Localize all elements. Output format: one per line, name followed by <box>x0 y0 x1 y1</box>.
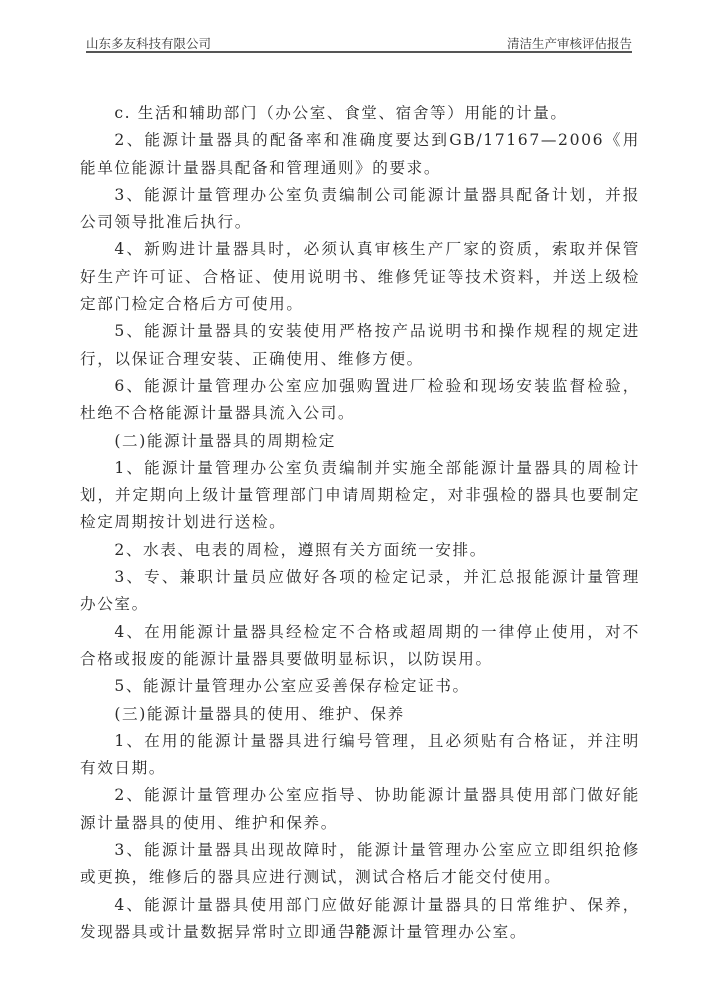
section-heading-periodic-verification: (二)能源计量器具的周期检定 <box>80 428 640 455</box>
paragraph-requirement-6: 6、能源计量管理办公室应加强购置进厂检验和现场安装监督检验，杜绝不合格能源计量器… <box>80 373 640 428</box>
paragraph-verification-1: 1、能源计量管理办公室负责编制并实施全部能源计量器具的周检计划，并定期向上级计量… <box>80 455 640 537</box>
paragraph-maintenance-2: 2、能源计量管理办公室应指导、协助能源计量器具使用部门做好能源计量器具的使用、维… <box>80 782 640 837</box>
paragraph-item-c: c. 生活和辅助部门（办公室、食堂、宿舍等）用能的计量。 <box>80 100 640 127</box>
section-heading-use-maintenance: (三)能源计量器具的使用、维护、保养 <box>80 701 640 728</box>
page-header: 山东多友科技有限公司 清洁生产审核评估报告 <box>86 32 632 53</box>
header-company-name: 山东多友科技有限公司 <box>86 34 211 52</box>
paragraph-requirement-5: 5、能源计量器具的安装使用严格按产品说明书和操作规程的规定进行，以保证合理安装、… <box>80 318 640 373</box>
paragraph-verification-4: 4、在用能源计量器具经检定不合格或超周期的一律停止使用，对不合格或报废的能源计量… <box>80 619 640 674</box>
paragraph-maintenance-4: 4、能源计量器具使用部门应做好能源计量器具的日常维护、保养，发现器具或计量数据异… <box>80 892 640 947</box>
paragraph-verification-3: 3、专、兼职计量员应做好各项的检定记录，并汇总报能源计量管理办公室。 <box>80 564 640 619</box>
header-report-title: 清洁生产审核评估报告 <box>507 34 632 52</box>
paragraph-verification-5: 5、能源计量管理办公室应妥善保存检定证书。 <box>80 673 640 700</box>
paragraph-requirement-3: 3、能源计量管理办公室负责编制公司能源计量器具配备计划，并报公司领导批准后执行。 <box>80 182 640 237</box>
paragraph-requirement-2: 2、能源计量器具的配备率和准确度要达到GB/17167—2006《用能单位能源计… <box>80 127 640 182</box>
paragraph-requirement-4: 4、新购进计量器具时，必须认真审核生产厂家的资质，索取并保管好生产许可证、合格证… <box>80 236 640 318</box>
document-body: c. 生活和辅助部门（办公室、食堂、宿舍等）用能的计量。 2、能源计量器具的配备… <box>80 100 640 946</box>
paragraph-maintenance-3: 3、能源计量器具出现故障时，能源计量管理办公室应立即组织抢修或更换，维修后的器具… <box>80 837 640 892</box>
paragraph-verification-2: 2、水表、电表的周检，遵照有关方面统一安排。 <box>80 537 640 564</box>
paragraph-maintenance-1: 1、在用的能源计量器具进行编号管理，且必须贴有合格证，并注明有效日期。 <box>80 728 640 783</box>
page-number: 175 <box>0 923 718 937</box>
